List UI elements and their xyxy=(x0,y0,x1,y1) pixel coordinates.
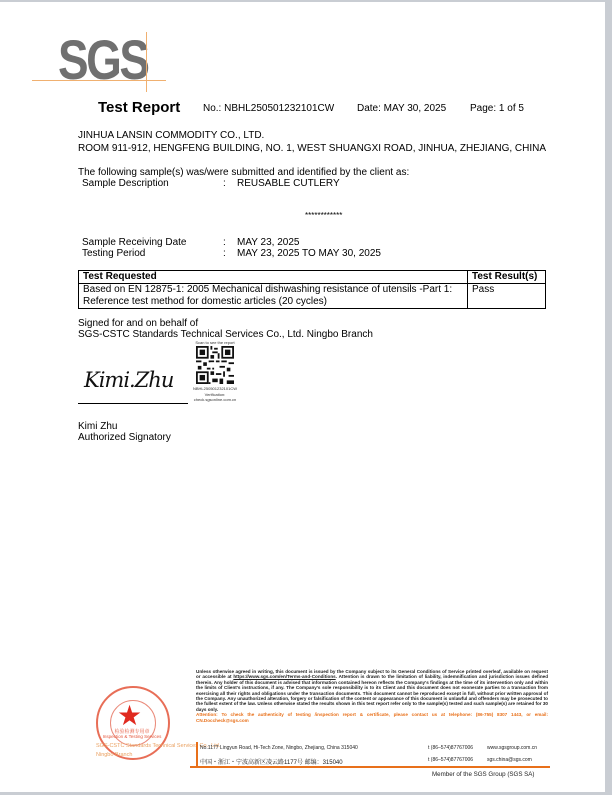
logo-rule-vertical xyxy=(146,32,147,92)
header-test-results: Test Result(s) xyxy=(468,271,546,284)
footer-accent-vertical xyxy=(196,742,198,767)
seal-inner-text-en: Inspection & Testing Services xyxy=(102,734,162,739)
colon: : xyxy=(223,248,226,260)
report-date: Date: MAY 30, 2025 xyxy=(357,103,446,114)
client-address: ROOM 911-912, HENGFENG BUILDING, NO. 1, … xyxy=(78,143,546,155)
footer-address-en: No.1177 Lingyun Road, Hi-Tech Zone, Ning… xyxy=(200,745,358,751)
test-result-cell: Pass xyxy=(468,284,546,309)
testing-period-value: MAY 23, 2025 TO MAY 30, 2025 xyxy=(237,248,381,260)
qr-code-icon[interactable] xyxy=(196,346,234,384)
footer-phone-2: t (86–574)87767006 xyxy=(428,757,473,763)
sample-description-label: Sample Description xyxy=(82,178,169,190)
legal-disclaimer: Unless otherwise agreed in writing, this… xyxy=(196,669,548,723)
seal-company-line2: Ningbo Branch xyxy=(96,752,132,758)
qr-verification-url[interactable]: check.sgsonline.com.cn xyxy=(188,397,242,402)
table-row: Based on EN 12875-1: 2005 Mechanical dis… xyxy=(79,284,546,309)
handwritten-signature: Kimi.Zhu xyxy=(84,368,173,392)
footer-phone-1: t (86–574)87767006 xyxy=(428,745,473,751)
separator: ************ xyxy=(305,211,342,220)
footer-email[interactable]: sgs.china@sgs.com xyxy=(487,757,532,763)
report-number: No.: NBHL250501232101CW xyxy=(203,103,334,114)
header-test-requested: Test Requested xyxy=(79,271,468,284)
qr-report-number: NBHL250501232101CW xyxy=(188,386,242,391)
footer-accent-horizontal xyxy=(190,766,550,768)
page-number: Page: 1 of 5 xyxy=(470,103,524,114)
authenticity-attention: Attention: To check the authenticity of … xyxy=(196,712,548,723)
table-header-row: Test Requested Test Result(s) xyxy=(79,271,546,284)
client-name: JINHUA LANSIN COMMODITY CO., LTD. xyxy=(78,130,264,142)
star-icon: ★ xyxy=(117,702,142,730)
terms-link[interactable]: https://www.sgs.com/en/Terms-and-Conditi… xyxy=(233,674,335,679)
colon: : xyxy=(223,178,226,190)
report-title: Test Report xyxy=(98,99,180,116)
sgs-group-membership: Member of the SGS Group (SGS SA) xyxy=(432,771,534,778)
results-table: Test Requested Test Result(s) Based on E… xyxy=(78,270,546,309)
report-page: SGS Test Report No.: NBHL250501232101CW … xyxy=(0,2,605,792)
qr-caption: Scan to see the report xyxy=(190,340,240,345)
test-requested-line1: Based on EN 12875-1: 2005 Mechanical dis… xyxy=(83,284,463,296)
signatory-title: Authorized Signatory xyxy=(78,432,171,444)
test-requested-line2: Reference test method for domestic artic… xyxy=(83,296,463,308)
test-requested-cell: Based on EN 12875-1: 2005 Mechanical dis… xyxy=(79,284,468,309)
testing-period-label: Testing Period xyxy=(82,248,145,260)
disclaimer-text-2: . Attention is drawn to the limitation o… xyxy=(196,674,548,711)
sample-description-value: REUSABLE CUTLERY xyxy=(237,178,340,190)
footer-website[interactable]: www.sgsgroup.com.cn xyxy=(487,745,537,751)
footer-address-cn: 中国・浙江・宁波高新区凌云路1177号 邮编：315040 xyxy=(200,757,343,766)
signature-line xyxy=(78,403,188,404)
